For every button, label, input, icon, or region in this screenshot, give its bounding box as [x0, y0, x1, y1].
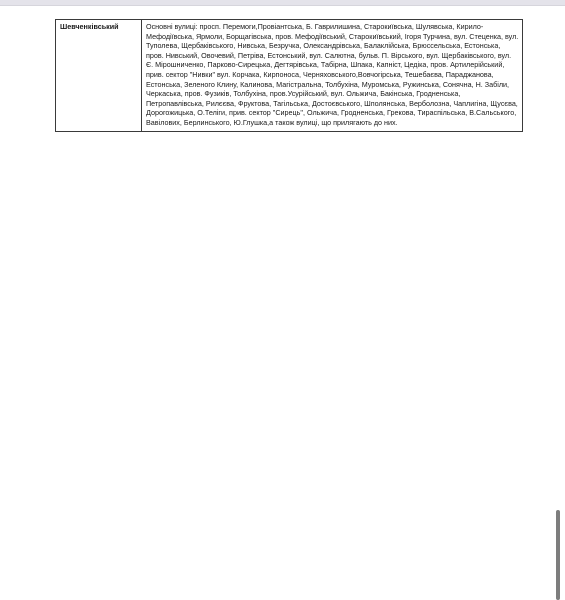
- table-row: Шевченківський Основні вулиці: просп. Пе…: [56, 20, 523, 132]
- district-streets-cell: Основні вулиці: просп. Перемоги,Провіант…: [142, 20, 523, 132]
- document-page: Шевченківський Основні вулиці: просп. Пе…: [0, 6, 565, 600]
- district-name-cell: Шевченківський: [56, 20, 142, 132]
- district-streets-table: Шевченківський Основні вулиці: просп. Пе…: [55, 19, 523, 132]
- scrollbar-thumb[interactable]: [556, 510, 560, 600]
